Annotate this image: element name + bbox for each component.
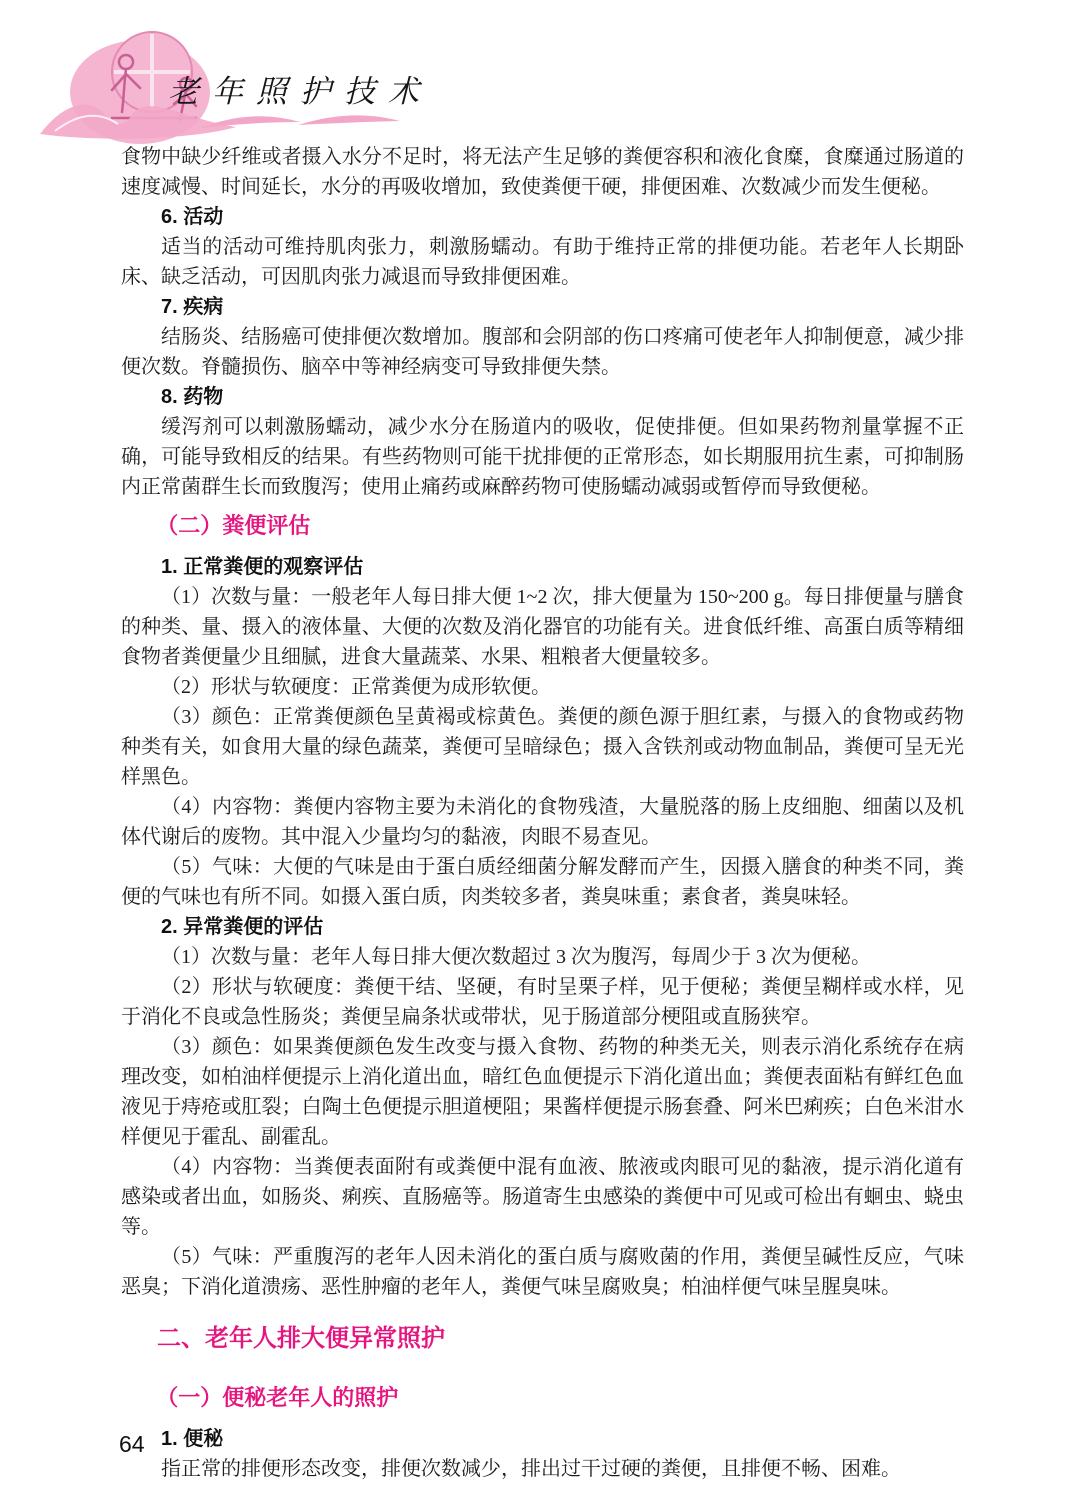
heading-medication: 8. 药物: [121, 382, 964, 412]
paragraph-constipation-def: 指正常的排便形态改变，排便次数减少，排出过干过硬的粪便，且排便不畅、困难。: [121, 1454, 964, 1484]
heading-normal-stool: 1. 正常粪便的观察评估: [121, 552, 964, 582]
paragraph-abn-shape: （2）形状与软硬度：粪便干结、坚硬，有时呈栗子样，见于便秘；粪便呈糊样或水样，见…: [121, 972, 964, 1032]
heading-stool-assessment: （二）粪便评估: [121, 510, 964, 542]
paragraph-abn-contents: （4）内容物：当粪便表面附有或粪便中混有血液、脓液或肉眼可见的黏液，提示消化道有…: [121, 1152, 964, 1242]
paragraph-medication: 缓泻剂可以刺激肠蠕动，减少水分在肠道内的吸收，促使排便。但如果药物剂量掌握不正确…: [121, 412, 964, 502]
heading-activity: 6. 活动: [121, 202, 964, 232]
page-header: 老年照护技术: [0, 0, 1083, 150]
page-number: 64: [119, 1431, 145, 1458]
paragraph-odor: （5）气味：大便的气味是由于蛋白质经细菌分解发酵而产生，因摄入膳食的种类不同，粪…: [121, 852, 964, 912]
paragraph-color: （3）颜色：正常粪便颜色呈黄褐或棕黄色。粪便的颜色源于胆红素，与摄入的食物或药物…: [121, 702, 964, 792]
heading-constipation-care: （一）便秘老年人的照护: [121, 1382, 964, 1414]
heading-disease: 7. 疾病: [121, 292, 964, 322]
heading-abnormal-stool: 2. 异常粪便的评估: [121, 912, 964, 942]
book-title: 老年照护技术: [168, 66, 432, 111]
paragraph-abn-frequency: （1）次数与量：老年人每日排大便次数超过 3 次为腹泻，每周少于 3 次为便秘。: [121, 942, 964, 972]
paragraph-abn-odor: （5）气味：严重腹泻的老年人因未消化的蛋白质与腐败菌的作用，粪便呈碱性反应，气味…: [121, 1242, 964, 1302]
heading-constipation: 1. 便秘: [121, 1424, 964, 1454]
textbook-page: 老年照护技术 食物中缺少纤维或者摄入水分不足时，将无法产生足够的粪便容积和液化食…: [0, 0, 1083, 1508]
heading-abnormal-defecation-care: 二、老年人排大便异常照护: [121, 1322, 964, 1356]
paragraph-frequency-amount: （1）次数与量：一般老年人每日排大便 1~2 次，排大便量为 150~200 g…: [121, 582, 964, 672]
paragraph-contents: （4）内容物：粪便内容物主要为未消化的食物残渣，大量脱落的肠上皮细胞、细菌以及机…: [121, 792, 964, 852]
paragraph-disease: 结肠炎、结肠癌可使排便次数增加。腹部和会阴部的伤口疼痛可使老年人抑制便意，减少排…: [121, 322, 964, 382]
paragraph-shape-softness: （2）形状与软硬度：正常粪便为成形软便。: [121, 672, 964, 702]
paragraph-activity: 适当的活动可维持肌肉张力，刺激肠蠕动。有助于维持正常的排便功能。若老年人长期卧床…: [121, 232, 964, 292]
paragraph-fiber-water: 食物中缺少纤维或者摄入水分不足时，将无法产生足够的粪便容积和液化食糜，食糜通过肠…: [121, 142, 964, 202]
page-content: 食物中缺少纤维或者摄入水分不足时，将无法产生足够的粪便容积和液化食糜，食糜通过肠…: [121, 142, 964, 1484]
paragraph-abn-color: （3）颜色：如果粪便颜色发生改变与摄入食物、药物的种类无关，则表示消化系统存在病…: [121, 1032, 964, 1152]
elderly-care-logo-icon: [0, 0, 1083, 150]
